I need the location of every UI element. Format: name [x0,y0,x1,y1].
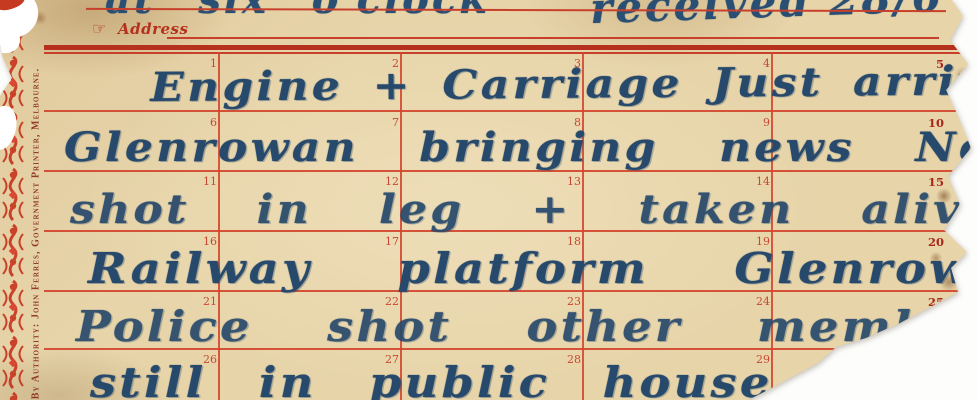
message-line-3: shot in leg + taken alive on [70,186,978,233]
address-underline [167,37,939,39]
message-line-6: still in public house surro [90,358,978,400]
header-rule-thick [44,45,978,50]
message-line-1: Engine + Carriage Just arrived from [150,56,978,111]
message-line-4: Railway platform Glenrowan No [88,244,978,293]
message-line-2: Glenrowan bringing news Ned Kelly [64,124,978,171]
telegram-paper: By Authority: John Ferres, Government Pr… [0,0,978,400]
address-label: Address [118,20,188,38]
ornamental-border [0,0,26,400]
scan-background: By Authority: John Ferres, Government Pr… [0,0,978,400]
paper-wrapper: By Authority: John Ferres, Government Pr… [0,0,978,400]
message-line-5: Police shot other members ga [76,302,978,351]
header-rule-thin [44,52,978,54]
clipped-handwriting-right: received 28/6 [589,0,945,33]
manicule-icon: ☞ [92,19,106,39]
printer-imprint: By Authority: John Ferres, Government Pr… [31,66,42,400]
